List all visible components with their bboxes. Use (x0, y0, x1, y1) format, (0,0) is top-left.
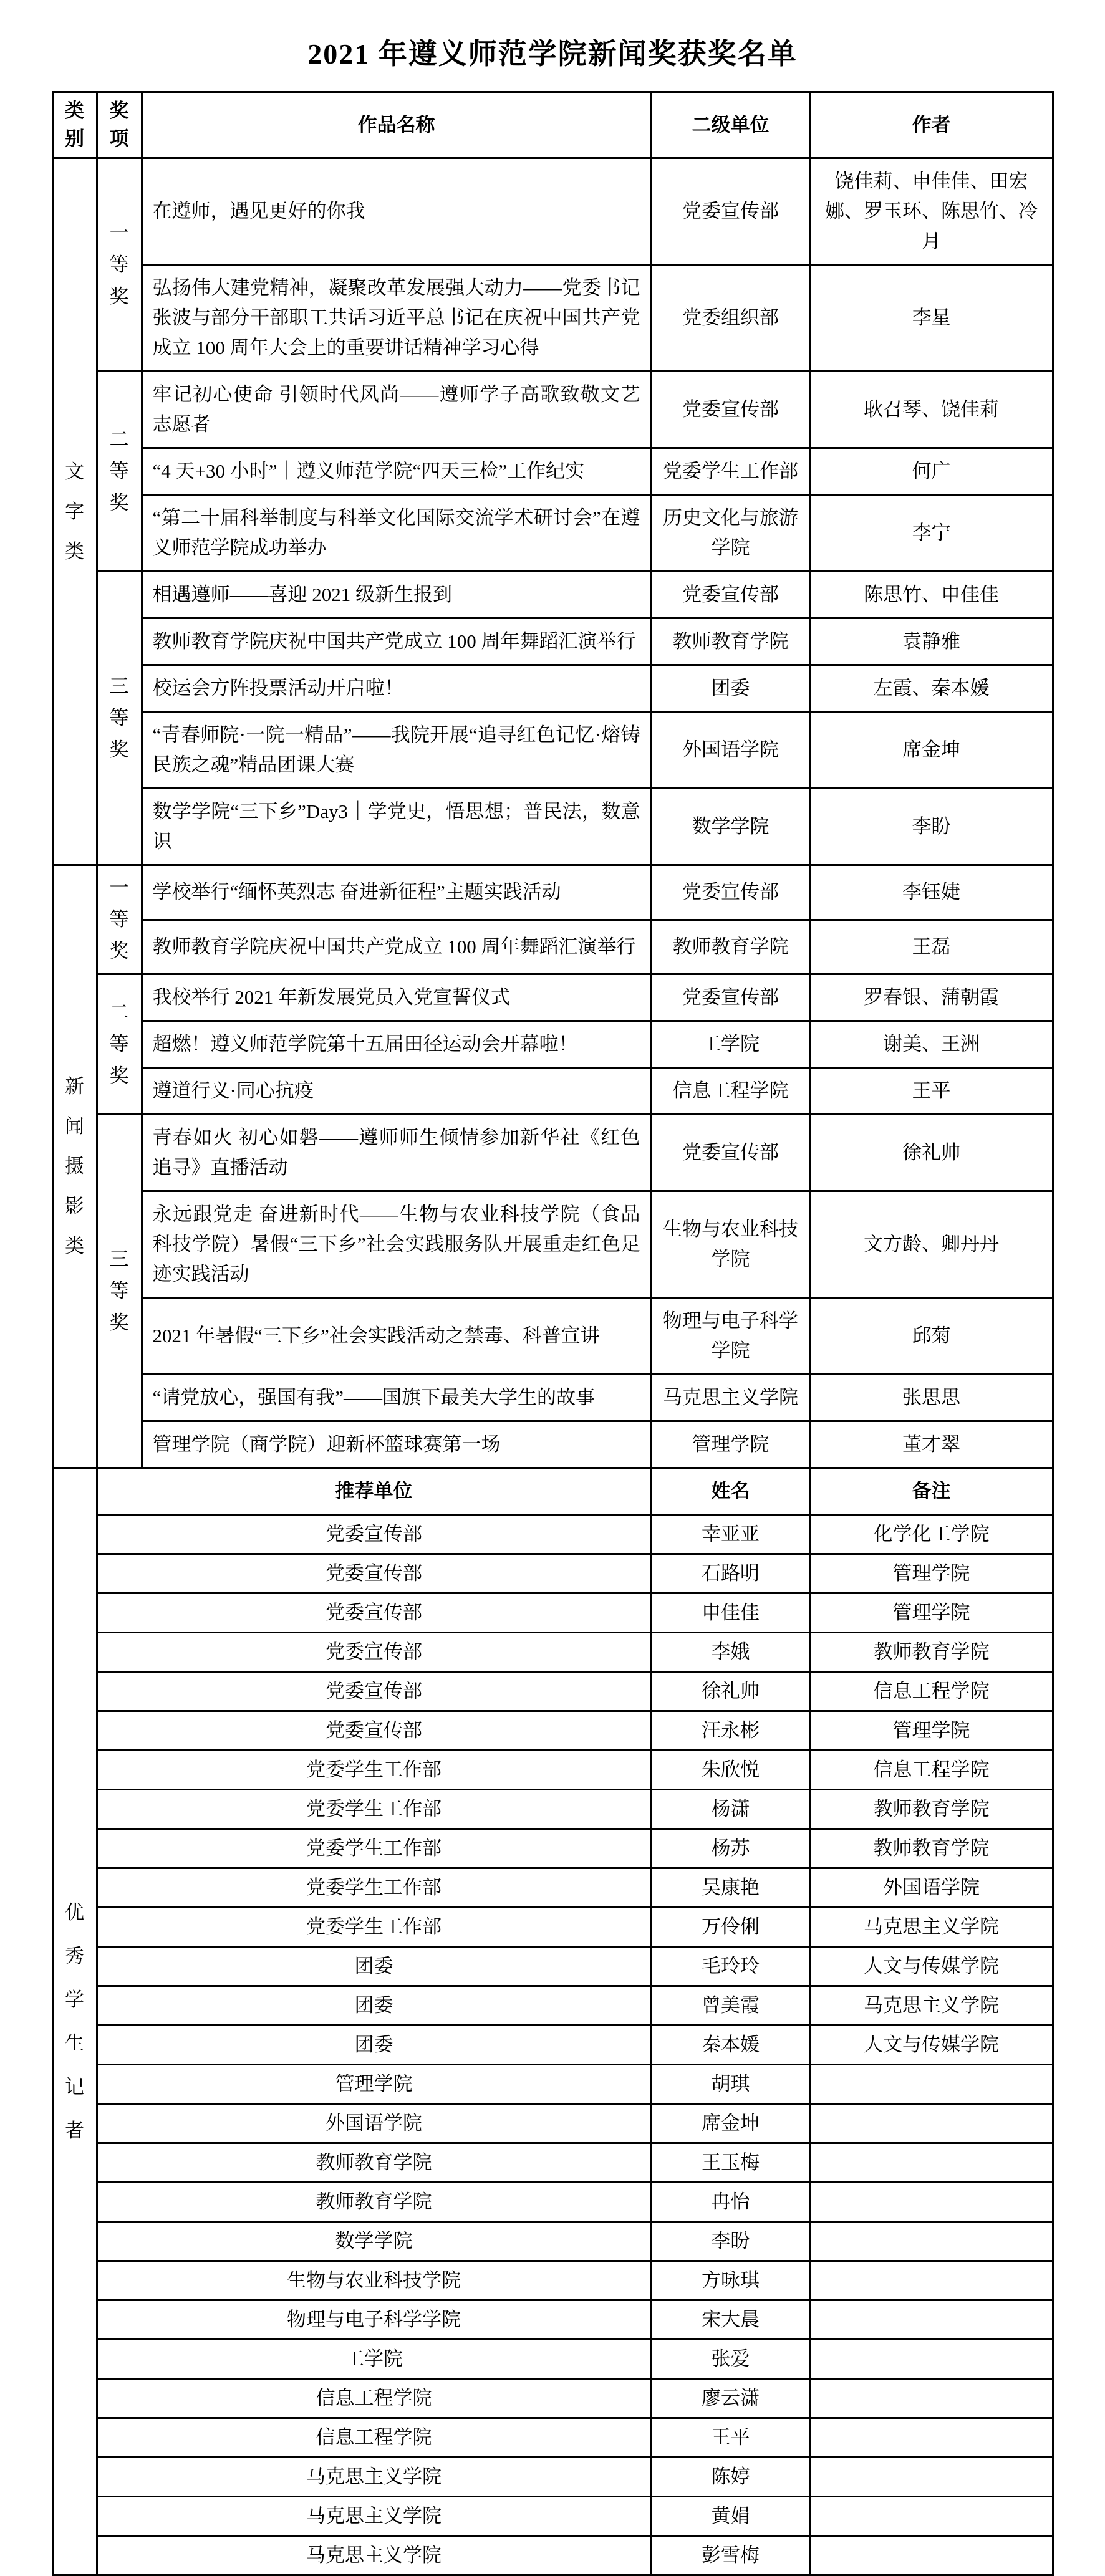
awards-table: 类别 奖项 作品名称 二级单位 作者 文字类一等奖在遵师，遇见更好的你我党委宣传… (52, 91, 1054, 2576)
reporter-note-cell: 教师教育学院 (810, 1829, 1053, 1868)
header-name: 姓名 (651, 1468, 810, 1515)
recommend-unit-cell: 党委宣传部 (97, 1593, 651, 1633)
work-title-cell: “青春师院·一院一精品”——我院开展“追寻红色记忆·熔铸民族之魂”精品团课大赛 (142, 712, 651, 789)
reporter-row: 党委学生工作部万伶俐马克思主义学院 (52, 1908, 1053, 1947)
reporter-name-cell: 毛玲玲 (651, 1947, 810, 1986)
reporter-row: 党委宣传部汪永彬管理学院 (52, 1711, 1053, 1751)
header-work-title: 作品名称 (142, 92, 651, 158)
reporter-note-cell (810, 2222, 1053, 2261)
vertical-char: 影 (55, 1193, 95, 1220)
reporter-row: 马克思主义学院黄娟 (52, 2497, 1053, 2536)
reporter-row: 党委学生工作部杨苏教师教育学院 (52, 1829, 1053, 1868)
reporter-name-cell: 胡琪 (651, 2065, 810, 2104)
award-entry-row: “4 天+30 小时”｜遵义师范学院“四天三检”工作纪实党委学生工作部何广 (52, 448, 1053, 495)
page-title: 2021 年遵义师范学院新闻奖获奖名单 (0, 0, 1105, 91)
award-level-cell: 一等奖 (97, 865, 142, 974)
reporter-row: 党委宣传部徐礼帅信息工程学院 (52, 1672, 1053, 1711)
reporter-name-cell: 曾美霞 (651, 1986, 810, 2026)
secondary-unit-cell: 教师教育学院 (651, 618, 810, 665)
author-cell: 何广 (810, 448, 1053, 495)
vertical-char: 秀 (55, 1943, 95, 1970)
secondary-unit-cell: 马克思主义学院 (651, 1375, 810, 1421)
award-entry-row: 新闻摄影类一等奖学校举行“缅怀英烈志 奋进新征程”主题实践活动党委宣传部李钰婕 (52, 865, 1053, 920)
author-cell: 李宁 (810, 495, 1053, 572)
recommend-unit-cell: 党委学生工作部 (97, 1829, 651, 1868)
author-cell: 董才翠 (810, 1421, 1053, 1468)
category-cell: 文字类 (52, 158, 97, 865)
author-cell: 耿召琴、饶佳莉 (810, 372, 1053, 448)
author-cell: 李星 (810, 265, 1053, 372)
award-level-cell: 二等奖 (97, 372, 142, 572)
vertical-char: 项 (99, 125, 140, 153)
recommend-unit-cell: 信息工程学院 (97, 2418, 651, 2458)
reporter-note-cell (810, 2340, 1053, 2379)
document-page: 2021 年遵义师范学院新闻奖获奖名单 类别 奖项 作品名称 二级单位 作者 文… (0, 0, 1105, 2576)
recommend-unit-cell: 物理与电子科学学院 (97, 2300, 651, 2340)
reporter-note-cell (810, 2183, 1053, 2222)
reporter-note-cell: 教师教育学院 (810, 1790, 1053, 1829)
category-cell: 新闻摄影类 (52, 865, 97, 1468)
author-cell: 张思思 (810, 1375, 1053, 1421)
author-cell: 李盼 (810, 789, 1053, 865)
reporter-name-cell: 申佳佳 (651, 1593, 810, 1633)
vertical-char: 新 (55, 1073, 95, 1100)
award-entry-row: “青春师院·一院一精品”——我院开展“追寻红色记忆·熔铸民族之魂”精品团课大赛外… (52, 712, 1053, 789)
recommend-unit-cell: 党委宣传部 (97, 1672, 651, 1711)
vertical-char: 字 (55, 498, 95, 526)
vertical-char: 等 (99, 251, 140, 279)
vertical-char: 三 (99, 673, 140, 700)
header-author: 作者 (810, 92, 1053, 158)
reporter-name-cell: 黄娟 (651, 2497, 810, 2536)
secondary-unit-cell: 党委学生工作部 (651, 448, 810, 495)
reporter-row: 党委宣传部幸亚亚化学化工学院 (52, 1515, 1053, 1554)
reporter-row: 党委宣传部李娥教师教育学院 (52, 1633, 1053, 1672)
header-category: 类别 (52, 92, 97, 158)
awards-header-row: 类别 奖项 作品名称 二级单位 作者 (52, 92, 1053, 158)
secondary-unit-cell: 管理学院 (651, 1421, 810, 1468)
work-title-cell: 管理学院（商学院）迎新杯篮球赛第一场 (142, 1421, 651, 1468)
reporter-row: 数学学院李盼 (52, 2222, 1053, 2261)
reporter-note-cell (810, 2143, 1053, 2183)
work-title-cell: 数学学院“三下乡”Day3｜学党史，悟思想；普民法，数意识 (142, 789, 651, 865)
award-entry-row: 文字类一等奖在遵师，遇见更好的你我党委宣传部饶佳莉、申佳佳、田宏娜、罗玉环、陈思… (52, 158, 1053, 265)
vertical-char: 类 (55, 1233, 95, 1260)
reporter-row: 信息工程学院王平 (52, 2418, 1053, 2458)
vertical-char: 优 (55, 1899, 95, 1926)
author-cell: 徐礼帅 (810, 1115, 1053, 1191)
work-title-cell: 在遵师，遇见更好的你我 (142, 158, 651, 265)
reporter-note-cell: 马克思主义学院 (810, 1908, 1053, 1947)
recommend-unit-cell: 管理学院 (97, 2065, 651, 2104)
reporter-name-cell: 廖云潇 (651, 2379, 810, 2418)
reporter-note-cell: 外国语学院 (810, 1868, 1053, 1908)
work-title-cell: 校运会方阵投票活动开启啦！ (142, 665, 651, 712)
vertical-char: 奖 (99, 1062, 140, 1090)
reporter-name-cell: 朱欣悦 (651, 1751, 810, 1790)
reporter-row: 马克思主义学院陈婷 (52, 2458, 1053, 2497)
award-entry-row: 校运会方阵投票活动开启啦！团委左霞、秦本媛 (52, 665, 1053, 712)
reporter-row: 党委学生工作部吴康艳外国语学院 (52, 1868, 1053, 1908)
reporter-row: 马克思主义学院彭雪梅 (52, 2536, 1053, 2575)
author-cell: 王磊 (810, 920, 1053, 974)
award-entry-row: “第二十届科举制度与科举文化国际交流学术研讨会”在遵义师范学院成功举办历史文化与… (52, 495, 1053, 572)
vertical-char: 二 (99, 999, 140, 1026)
reporter-name-cell: 李盼 (651, 2222, 810, 2261)
reporter-name-cell: 幸亚亚 (651, 1515, 810, 1554)
reporter-note-cell (810, 2104, 1053, 2143)
secondary-unit-cell: 党委宣传部 (651, 865, 810, 920)
vertical-char: 二 (99, 426, 140, 453)
secondary-unit-cell: 数学学院 (651, 789, 810, 865)
secondary-unit-cell: 党委组织部 (651, 265, 810, 372)
secondary-unit-cell: 信息工程学院 (651, 1068, 810, 1115)
reporter-note-cell (810, 2065, 1053, 2104)
work-title-cell: “4 天+30 小时”｜遵义师范学院“四天三检”工作纪实 (142, 448, 651, 495)
reporter-name-cell: 秦本媛 (651, 2026, 810, 2065)
vertical-char: 学 (55, 1986, 95, 2014)
recommend-unit-cell: 党委宣传部 (97, 1554, 651, 1593)
reporter-row: 党委学生工作部朱欣悦信息工程学院 (52, 1751, 1053, 1790)
author-cell: 左霞、秦本媛 (810, 665, 1053, 712)
reporter-note-cell: 化学化工学院 (810, 1515, 1053, 1554)
work-title-cell: 学校举行“缅怀英烈志 奋进新征程”主题实践活动 (142, 865, 651, 920)
recommend-unit-cell: 生物与农业科技学院 (97, 2261, 651, 2300)
recommend-unit-cell: 团委 (97, 1947, 651, 1986)
reporter-name-cell: 徐礼帅 (651, 1672, 810, 1711)
header-recommend-unit: 推荐单位 (97, 1468, 651, 1515)
award-entry-row: 超燃！遵义师范学院第十五届田径运动会开幕啦！工学院谢美、王洲 (52, 1021, 1053, 1068)
work-title-cell: “请党放心，强国有我”——国旗下最美大学生的故事 (142, 1375, 651, 1421)
vertical-char: 类 (55, 97, 95, 125)
reporter-row: 团委曾美霞马克思主义学院 (52, 1986, 1053, 2026)
reporter-name-cell: 石路明 (651, 1554, 810, 1593)
award-entry-row: 三等奖相遇遵师——喜迎 2021 级新生报到党委宣传部陈思竹、申佳佳 (52, 572, 1053, 618)
work-title-cell: 牢记初心使命 引领时代风尚——遵师学子高歌致敬文艺志愿者 (142, 372, 651, 448)
award-entry-row: 二等奖牢记初心使命 引领时代风尚——遵师学子高歌致敬文艺志愿者党委宣传部耿召琴、… (52, 372, 1053, 448)
award-level-cell: 二等奖 (97, 974, 142, 1115)
reporter-row: 教师教育学院冉怡 (52, 2183, 1053, 2222)
reporter-name-cell: 杨苏 (651, 1829, 810, 1868)
recommend-unit-cell: 团委 (97, 1986, 651, 2026)
author-cell: 谢美、王洲 (810, 1021, 1053, 1068)
reporter-name-cell: 席金坤 (651, 2104, 810, 2143)
recommend-unit-cell: 马克思主义学院 (97, 2458, 651, 2497)
reporter-note-cell: 人文与传媒学院 (810, 2026, 1053, 2065)
reporter-row: 教师教育学院王玉梅 (52, 2143, 1053, 2183)
reporter-name-cell: 张爱 (651, 2340, 810, 2379)
reporter-note-cell (810, 2497, 1053, 2536)
reporter-name-cell: 吴康艳 (651, 1868, 810, 1908)
secondary-unit-cell: 党委宣传部 (651, 974, 810, 1021)
recommend-unit-cell: 党委宣传部 (97, 1711, 651, 1751)
reporter-name-cell: 彭雪梅 (651, 2536, 810, 2575)
reporter-row: 党委宣传部申佳佳管理学院 (52, 1593, 1053, 1633)
recommend-unit-cell: 教师教育学院 (97, 2143, 651, 2183)
vertical-char: 一 (99, 874, 140, 901)
work-title-cell: 相遇遵师——喜迎 2021 级新生报到 (142, 572, 651, 618)
author-cell: 文方龄、卿丹丹 (810, 1191, 1053, 1298)
reporter-note-cell (810, 2300, 1053, 2340)
vertical-char: 奖 (99, 736, 140, 764)
secondary-unit-cell: 党委宣传部 (651, 572, 810, 618)
reporter-row: 管理学院胡琪 (52, 2065, 1053, 2104)
vertical-char: 者 (55, 2117, 95, 2145)
vertical-char: 摄 (55, 1153, 95, 1180)
secondary-unit-cell: 团委 (651, 665, 810, 712)
vertical-char: 类 (55, 538, 95, 565)
reporter-name-cell: 宋大晨 (651, 2300, 810, 2340)
author-cell: 罗春银、蒲朝霞 (810, 974, 1053, 1021)
recommend-unit-cell: 数学学院 (97, 2222, 651, 2261)
vertical-char: 三 (99, 1246, 140, 1273)
vertical-char: 奖 (99, 97, 140, 125)
reporter-row: 党委宣传部石路明管理学院 (52, 1554, 1053, 1593)
reporter-name-cell: 杨潇 (651, 1790, 810, 1829)
reporter-note-cell (810, 2536, 1053, 2575)
work-title-cell: 弘扬伟大建党精神，凝聚改革发展强大动力——党委书记张波与部分干部职工共话习近平总… (142, 265, 651, 372)
reporter-row: 党委学生工作部杨潇教师教育学院 (52, 1790, 1053, 1829)
award-entry-row: “请党放心，强国有我”——国旗下最美大学生的故事马克思主义学院张思思 (52, 1375, 1053, 1421)
vertical-char: 闻 (55, 1113, 95, 1140)
reporter-note-cell (810, 2458, 1053, 2497)
recommend-unit-cell: 团委 (97, 2026, 651, 2065)
vertical-char: 别 (55, 125, 95, 153)
recommend-unit-cell: 外国语学院 (97, 2104, 651, 2143)
recommend-unit-cell: 马克思主义学院 (97, 2536, 651, 2575)
vertical-char: 等 (99, 1277, 140, 1305)
recommend-unit-cell: 信息工程学院 (97, 2379, 651, 2418)
award-entry-row: 管理学院（商学院）迎新杯篮球赛第一场管理学院董才翠 (52, 1421, 1053, 1468)
vertical-char: 等 (99, 906, 140, 933)
reporter-note-cell (810, 2261, 1053, 2300)
reporter-row: 团委秦本媛人文与传媒学院 (52, 2026, 1053, 2065)
vertical-char: 奖 (99, 489, 140, 517)
reporter-note-cell (810, 2379, 1053, 2418)
award-level-cell: 一等奖 (97, 158, 142, 372)
author-cell: 李钰婕 (810, 865, 1053, 920)
author-cell: 袁静雅 (810, 618, 1053, 665)
vertical-char: 等 (99, 704, 140, 732)
reporter-note-cell (810, 2418, 1053, 2458)
recommend-unit-cell: 党委宣传部 (97, 1515, 651, 1554)
secondary-unit-cell: 党委宣传部 (651, 1115, 810, 1191)
reporter-row: 外国语学院席金坤 (52, 2104, 1053, 2143)
secondary-unit-cell: 历史文化与旅游学院 (651, 495, 810, 572)
recommend-unit-cell: 党委宣传部 (97, 1633, 651, 1672)
header-secondary-unit: 二级单位 (651, 92, 810, 158)
author-cell: 邱菊 (810, 1298, 1053, 1375)
reporter-row: 工学院张爱 (52, 2340, 1053, 2379)
secondary-unit-cell: 生物与农业科技学院 (651, 1191, 810, 1298)
award-level-cell: 三等奖 (97, 1115, 142, 1468)
work-title-cell: 永远跟党走 奋进新时代——生物与农业科技学院（食品科技学院）暑假“三下乡”社会实… (142, 1191, 651, 1298)
reporter-note-cell: 人文与传媒学院 (810, 1947, 1053, 1986)
award-level-cell: 三等奖 (97, 572, 142, 865)
vertical-char: 等 (99, 1031, 140, 1058)
vertical-char: 奖 (99, 1309, 140, 1337)
reporters-header-row: 优秀学生记者 推荐单位 姓名 备注 (52, 1468, 1053, 1515)
work-title-cell: 遵道行义·同心抗疫 (142, 1068, 651, 1115)
reporter-row: 物理与电子科学学院宋大晨 (52, 2300, 1053, 2340)
header-award: 奖项 (97, 92, 142, 158)
vertical-char: 一 (99, 219, 140, 247)
author-cell: 王平 (810, 1068, 1053, 1115)
work-title-cell: 2021 年暑假“三下乡”社会实践活动之禁毒、科普宣讲 (142, 1298, 651, 1375)
award-entry-row: 遵道行义·同心抗疫信息工程学院王平 (52, 1068, 1053, 1115)
reporter-note-cell: 信息工程学院 (810, 1672, 1053, 1711)
award-entry-row: 三等奖青春如火 初心如磐——遵师师生倾情参加新华社《红色追寻》直播活动党委宣传部… (52, 1115, 1053, 1191)
reporter-row: 生物与农业科技学院方咏琪 (52, 2261, 1053, 2300)
work-title-cell: 超燃！遵义师范学院第十五届田径运动会开幕啦！ (142, 1021, 651, 1068)
recommend-unit-cell: 党委学生工作部 (97, 1751, 651, 1790)
vertical-char: 等 (99, 458, 140, 485)
vertical-char: 记 (55, 2074, 95, 2101)
award-entry-row: 教师教育学院庆祝中国共产党成立 100 周年舞蹈汇演举行教师教育学院王磊 (52, 920, 1053, 974)
recommend-unit-cell: 党委学生工作部 (97, 1868, 651, 1908)
recommend-unit-cell: 党委学生工作部 (97, 1908, 651, 1947)
award-entry-row: 二等奖我校举行 2021 年新发展党员入党宣誓仪式党委宣传部罗春银、蒲朝霞 (52, 974, 1053, 1021)
work-title-cell: “第二十届科举制度与科举文化国际交流学术研讨会”在遵义师范学院成功举办 (142, 495, 651, 572)
work-title-cell: 青春如火 初心如磐——遵师师生倾情参加新华社《红色追寻》直播活动 (142, 1115, 651, 1191)
secondary-unit-cell: 党委宣传部 (651, 158, 810, 265)
secondary-unit-cell: 外国语学院 (651, 712, 810, 789)
author-cell: 陈思竹、申佳佳 (810, 572, 1053, 618)
reporter-name-cell: 方咏琪 (651, 2261, 810, 2300)
recommend-unit-cell: 工学院 (97, 2340, 651, 2379)
recommend-unit-cell: 党委学生工作部 (97, 1790, 651, 1829)
vertical-char: 文 (55, 458, 95, 486)
recommend-unit-cell: 教师教育学院 (97, 2183, 651, 2222)
header-note: 备注 (810, 1468, 1053, 1515)
reporter-name-cell: 冉怡 (651, 2183, 810, 2222)
reporter-row: 信息工程学院廖云潇 (52, 2379, 1053, 2418)
reporter-note-cell: 信息工程学院 (810, 1751, 1053, 1790)
reporter-row: 团委毛玲玲人文与传媒学院 (52, 1947, 1053, 1986)
reporter-name-cell: 李娥 (651, 1633, 810, 1672)
vertical-char: 生 (55, 2030, 95, 2057)
reporter-name-cell: 万伶俐 (651, 1908, 810, 1947)
reporter-note-cell: 马克思主义学院 (810, 1986, 1053, 2026)
reporter-name-cell: 王玉梅 (651, 2143, 810, 2183)
reporter-note-cell: 管理学院 (810, 1554, 1053, 1593)
reporter-name-cell: 汪永彬 (651, 1711, 810, 1751)
award-entry-row: 永远跟党走 奋进新时代——生物与农业科技学院（食品科技学院）暑假“三下乡”社会实… (52, 1191, 1053, 1298)
reporter-note-cell: 管理学院 (810, 1593, 1053, 1633)
work-title-cell: 教师教育学院庆祝中国共产党成立 100 周年舞蹈汇演举行 (142, 618, 651, 665)
secondary-unit-cell: 教师教育学院 (651, 920, 810, 974)
author-cell: 席金坤 (810, 712, 1053, 789)
award-entry-row: 教师教育学院庆祝中国共产党成立 100 周年舞蹈汇演举行教师教育学院袁静雅 (52, 618, 1053, 665)
secondary-unit-cell: 工学院 (651, 1021, 810, 1068)
vertical-char: 奖 (99, 283, 140, 310)
reporter-name-cell: 王平 (651, 2418, 810, 2458)
secondary-unit-cell: 物理与电子科学学院 (651, 1298, 810, 1375)
award-entry-row: 弘扬伟大建党精神，凝聚改革发展强大动力——党委书记张波与部分干部职工共话习近平总… (52, 265, 1053, 372)
category-cell-excellent-student-reporters: 优秀学生记者 (52, 1468, 97, 2575)
vertical-char: 奖 (99, 938, 140, 965)
reporter-note-cell: 教师教育学院 (810, 1633, 1053, 1672)
reporter-name-cell: 陈婷 (651, 2458, 810, 2497)
work-title-cell: 我校举行 2021 年新发展党员入党宣誓仪式 (142, 974, 651, 1021)
secondary-unit-cell: 党委宣传部 (651, 372, 810, 448)
award-entry-row: 2021 年暑假“三下乡”社会实践活动之禁毒、科普宣讲物理与电子科学学院邱菊 (52, 1298, 1053, 1375)
reporter-note-cell: 管理学院 (810, 1711, 1053, 1751)
recommend-unit-cell: 马克思主义学院 (97, 2497, 651, 2536)
award-entry-row: 数学学院“三下乡”Day3｜学党史，悟思想；普民法，数意识数学学院李盼 (52, 789, 1053, 865)
author-cell: 饶佳莉、申佳佳、田宏娜、罗玉环、陈思竹、冷月 (810, 158, 1053, 265)
work-title-cell: 教师教育学院庆祝中国共产党成立 100 周年舞蹈汇演举行 (142, 920, 651, 974)
